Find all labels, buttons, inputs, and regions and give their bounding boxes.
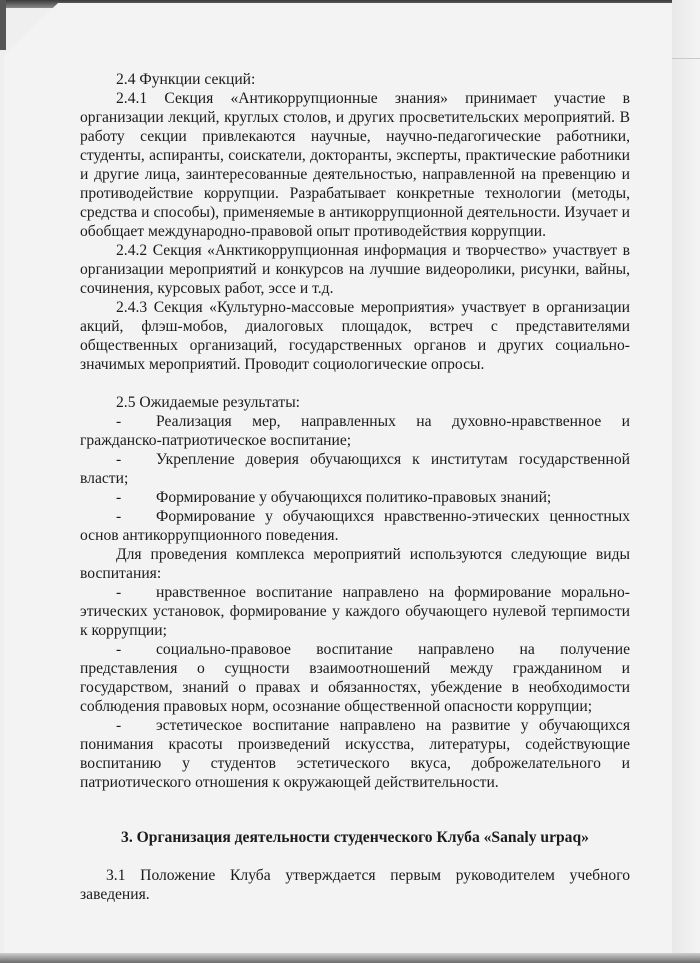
dash-bullet: - — [116, 716, 156, 735]
underlying-page-line — [672, 58, 700, 59]
upbringing-kind-text: эстетическое воспитание направлено на ра… — [80, 717, 630, 791]
result-item-text: Реализация мер, направленных на духовно-… — [80, 413, 630, 449]
document-body: 2.4 Функции секций: 2.4.1 Секция «Антико… — [80, 70, 630, 904]
scanner-bottom-edge — [0, 953, 700, 963]
dash-bullet: - — [116, 488, 156, 507]
dash-bullet: - — [116, 583, 156, 602]
spacer — [80, 847, 630, 866]
dash-bullet: - — [116, 412, 156, 431]
underlying-page-edge — [672, 0, 700, 963]
scanned-document: 2.4 Функции секций: 2.4.1 Секция «Антико… — [0, 0, 700, 963]
result-item-text: Формирование у обучающихся нравственно-э… — [80, 508, 630, 544]
section-3-1-paragraph: 3.1 Положение Клуба утверждается первым … — [80, 866, 630, 904]
section-2-4-heading: 2.4 Функции секций: — [80, 70, 630, 89]
upbringing-kind-item: -социально-правовое воспитание направлен… — [80, 640, 630, 716]
result-item: -Укрепление доверия обучающихся к инстит… — [80, 450, 630, 488]
upbringing-kind-text: нравственное воспитание направлено на фо… — [80, 584, 630, 639]
result-item-text: Укрепление доверия обучающихся к институ… — [80, 451, 630, 487]
section-2-4-3-paragraph: 2.4.3 Секция «Культурно-массовые меропри… — [80, 298, 630, 374]
spacer — [80, 792, 630, 828]
upbringing-kind-text: социально-правовое воспитание направлено… — [80, 641, 630, 715]
section-2-5-heading: 2.5 Ожидаемые результаты: — [80, 393, 630, 412]
section-3-heading: 3. Организация деятельности студенческог… — [80, 828, 630, 847]
upbringing-intro: Для проведения комплекса мероприятий исп… — [80, 545, 630, 583]
result-item: -Формирование у обучающихся политико-пра… — [80, 488, 630, 507]
result-item: -Формирование у обучающихся нравственно-… — [80, 507, 630, 545]
dash-bullet: - — [116, 640, 156, 659]
section-2-4-1-paragraph: 2.4.1 Секция «Антикоррупционные знания» … — [80, 89, 630, 241]
spacer — [80, 374, 630, 393]
result-item-text: Формирование у обучающихся политико-прав… — [156, 489, 551, 506]
scanner-left-edge — [0, 0, 6, 50]
upbringing-kind-item: -эстетическое воспитание направлено на р… — [80, 716, 630, 792]
dash-bullet: - — [116, 507, 156, 526]
upbringing-kind-item: -нравственное воспитание направлено на ф… — [80, 583, 630, 640]
result-item: -Реализация мер, направленных на духовно… — [80, 412, 630, 450]
section-2-4-2-paragraph: 2.4.2 Секция «Анктикоррупционная информа… — [80, 241, 630, 298]
dash-bullet: - — [116, 450, 156, 469]
